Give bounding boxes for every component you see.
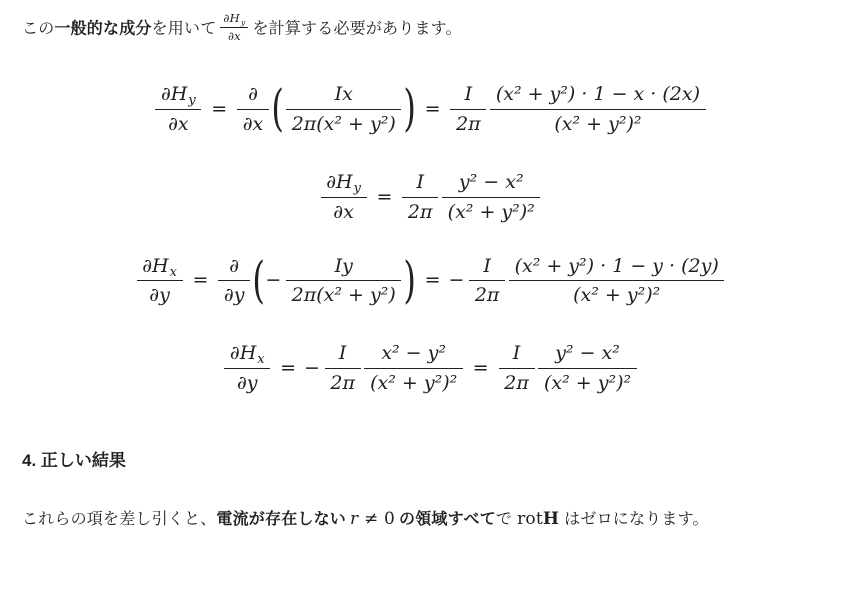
math-partial-H: ∂H [223, 11, 239, 25]
fraction-lhs: ∂Hy ∂x [321, 170, 367, 224]
fraction-numerator: ∂Hx [137, 254, 183, 282]
equals-sign: = [425, 97, 441, 122]
fraction-numerator: ∂ [218, 254, 250, 282]
fraction-denominator: ∂y [224, 369, 270, 396]
fraction-coefficient: I 2π [469, 254, 505, 308]
fraction-denominator: 2π(x² + y²) [286, 110, 401, 137]
left-parenthesis: ( [252, 256, 265, 305]
equation-dHy-dx-simplified: ∂Hy ∂x = I 2π y² − x² (x² + y²)² [22, 170, 839, 224]
math-rot-H: rotH [517, 509, 559, 529]
fraction-numerator: I [450, 82, 486, 110]
fraction-denominator: 2π [499, 369, 535, 396]
document-page: { "page": { "background": "#ffffff", "te… [0, 0, 861, 596]
fraction-numerator: (x² + y²) · 1 − x · (2x) [490, 82, 706, 110]
fraction-partial-operator: ∂ ∂x [237, 82, 269, 136]
fraction-numerator: x² − y² [364, 341, 463, 369]
math-subscript-x: x [257, 352, 264, 367]
math-subscript-y: y [188, 93, 195, 108]
math-partial-H: ∂H [142, 255, 168, 277]
fraction-result: (x² + y²) · 1 − x · (2x) (x² + y²)² [490, 82, 706, 136]
fraction-result: y² − x² (x² + y²)² [538, 341, 637, 395]
conclusion-text-1: これらの項を差し引くと、 [22, 511, 216, 528]
fraction-denominator: (x² + y²)² [364, 369, 463, 396]
conclusion-paragraph: これらの項を差し引くと、電流が存在しないr ≠ 0の領域すべてでrotHはゼロに… [22, 504, 839, 535]
equals-sign: = [473, 356, 489, 381]
equation-dHy-dx-expanded: ∂Hy ∂x = ∂ ∂x ( Ix 2π(x² + y²) ) = I 2π … [22, 82, 839, 136]
fraction-partial-operator: ∂ ∂y [218, 254, 250, 308]
math-subscript-y: y [241, 18, 246, 27]
fraction-result: y² − x² (x² + y²)² [442, 170, 541, 224]
fraction-denominator: 2π [469, 281, 505, 308]
fraction-denominator: ∂x [155, 110, 201, 137]
fraction-numerator: Ix [286, 82, 401, 110]
fraction-numerator: I [469, 254, 505, 282]
fraction-lhs: ∂Hx ∂y [137, 254, 183, 308]
math-vector-H: H [543, 509, 559, 529]
left-parenthesis: ( [271, 84, 284, 133]
inline-fraction-denominator: ∂x [220, 28, 248, 44]
fraction-result: (x² + y²) · 1 − y · (2y) (x² + y²)² [509, 254, 725, 308]
math-partial-H: ∂H [161, 83, 187, 105]
conclusion-text-2: で [496, 511, 512, 528]
fraction-coefficient: I 2π [402, 170, 438, 224]
conclusion-bold-1: 電流が存在しない [216, 511, 346, 528]
minus-sign: − [304, 356, 320, 381]
minus-sign: − [265, 268, 281, 293]
equals-sign: = [211, 97, 227, 122]
conclusion-bold-2: の領域すべて [399, 511, 496, 528]
fraction-denominator: 2π [402, 198, 438, 225]
fraction-denominator: 2π(x² + y²) [286, 281, 401, 308]
fraction-numerator: I [402, 170, 438, 198]
fraction-numerator: (x² + y²) · 1 − y · (2y) [509, 254, 725, 282]
fraction-lhs: ∂Hy ∂x [155, 82, 201, 136]
equals-sign: = [376, 185, 392, 210]
fraction-denominator: (x² + y²)² [442, 198, 541, 225]
fraction-numerator: ∂ [237, 82, 269, 110]
right-parenthesis: ) [404, 84, 417, 133]
minus-sign: − [448, 268, 464, 293]
math-rot-operator: rot [517, 509, 543, 529]
fraction-numerator: ∂Hy [321, 170, 367, 198]
fraction-denominator: (x² + y²)² [490, 110, 706, 137]
fraction-denominator: 2π [450, 110, 486, 137]
fraction-coefficient: I 2π [450, 82, 486, 136]
fraction-denominator: ∂y [137, 281, 183, 308]
fraction-numerator: ∂Hy [155, 82, 201, 110]
intro-text-1: この [22, 21, 54, 38]
fraction-numerator: y² − x² [538, 341, 637, 369]
intro-text-3: を計算する必要があります。 [252, 21, 461, 38]
fraction-denominator: ∂x [237, 110, 269, 137]
fraction-lhs: ∂Hx ∂y [224, 341, 270, 395]
fraction-denominator: (x² + y²)² [509, 281, 725, 308]
math-partial-H: ∂H [326, 171, 352, 193]
inline-fraction-dHy-dx: ∂Hy∂x [220, 11, 248, 44]
fraction-numerator: I [325, 341, 361, 369]
equals-sign: = [425, 268, 441, 293]
section-heading-correct-result: 4. 正しい結果 [22, 446, 839, 471]
fraction-numerator: ∂Hx [224, 341, 270, 369]
fraction-denominator: ∂y [218, 281, 250, 308]
intro-bold-phrase: 一般的な成分 [54, 21, 151, 38]
equation-dHx-dy-simplified: ∂Hx ∂y = − I 2π x² − y² (x² + y²)² = I 2… [22, 341, 839, 395]
fraction-numerator: y² − x² [442, 170, 541, 198]
fraction-middle: x² − y² (x² + y²)² [364, 341, 463, 395]
fraction-denominator: (x² + y²)² [538, 369, 637, 396]
intro-text-2: を用いて [152, 21, 217, 38]
math-subscript-x: x [170, 265, 177, 280]
fraction-denominator: ∂x [321, 198, 367, 225]
fraction-numerator: Iy [286, 254, 401, 282]
equals-sign: = [280, 356, 296, 381]
right-parenthesis: ) [404, 256, 417, 305]
fraction-coefficient: I 2π [325, 341, 361, 395]
inline-fraction-numerator: ∂Hy [220, 11, 248, 28]
math-subscript-y: y [354, 181, 361, 196]
intro-paragraph: この一般的な成分を用いて∂Hy∂xを計算する必要があります。 [22, 13, 839, 46]
conclusion-text-3: はゼロになります。 [564, 511, 709, 528]
fraction-numerator: I [499, 341, 535, 369]
math-neq-zero: ≠ 0 [358, 509, 395, 529]
math-r-neq-0: r ≠ 0 [350, 509, 395, 529]
fraction-denominator: 2π [325, 369, 361, 396]
equals-sign: = [192, 268, 208, 293]
fraction-inner: Ix 2π(x² + y²) [286, 82, 401, 136]
fraction-inner: Iy 2π(x² + y²) [286, 254, 401, 308]
fraction-coefficient: I 2π [499, 341, 535, 395]
math-partial-H: ∂H [230, 342, 256, 364]
equation-dHx-dy-expanded: ∂Hx ∂y = ∂ ∂y ( − Iy 2π(x² + y²) ) = − I… [22, 254, 839, 308]
